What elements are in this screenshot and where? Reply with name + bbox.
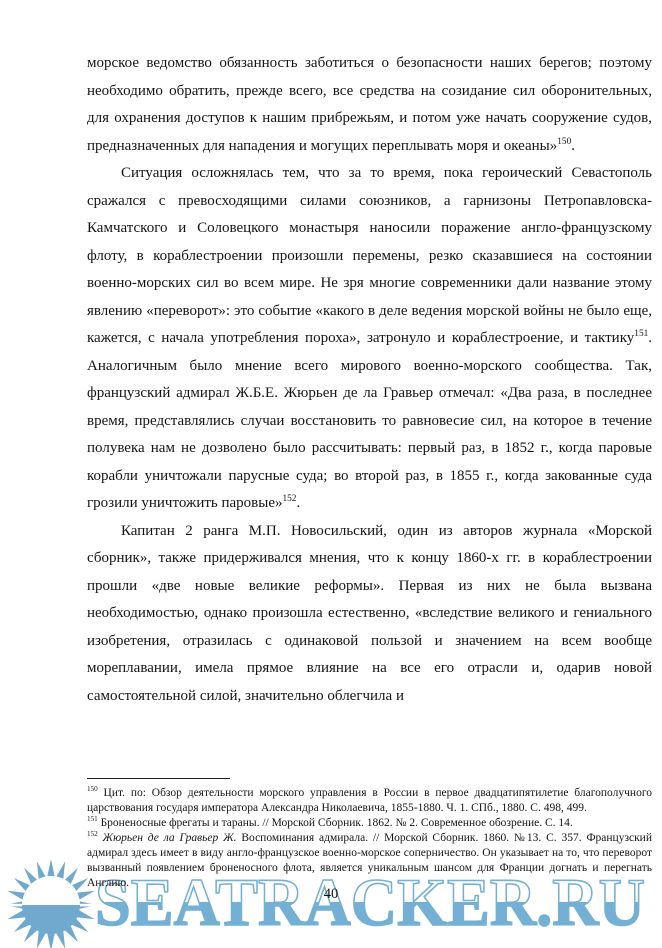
footnote-number: 150 [87, 785, 98, 793]
footnote: 151 Броненосные фрегаты и тараны. // Мор… [87, 816, 652, 831]
document-page: SEATRACKER.RU морское ведомство обязанно… [0, 0, 662, 948]
footnote-author: Жюрьен де ла Гравьер Ж. [103, 832, 237, 844]
footnotes-section: 150 Цит. по: Обзор деятельности морского… [87, 778, 652, 891]
paragraph: Капитан 2 ранга М.П. Новосильский, один … [87, 518, 652, 711]
footnote-ref: 151 [634, 329, 648, 339]
paragraph: морское ведомство обязанность заботиться… [87, 50, 652, 160]
footnote-ref: 152 [283, 494, 297, 504]
body-text: морское ведомство обязанность заботиться… [87, 50, 652, 710]
footnote: 152 Жюрьен де ла Гравьер Ж. Воспоминания… [87, 831, 652, 891]
footnote: 150 Цит. по: Обзор деятельности морского… [87, 786, 652, 816]
footnote-list: 150 Цит. по: Обзор деятельности морского… [87, 786, 652, 891]
footnote-number: 151 [87, 815, 98, 823]
paragraph: Ситуация осложнялась тем, что за то врем… [87, 160, 652, 518]
footnote-ref: 150 [557, 137, 571, 147]
page-number: 40 [0, 886, 662, 903]
footnote-number: 152 [87, 830, 98, 838]
footnote-separator [87, 778, 230, 779]
